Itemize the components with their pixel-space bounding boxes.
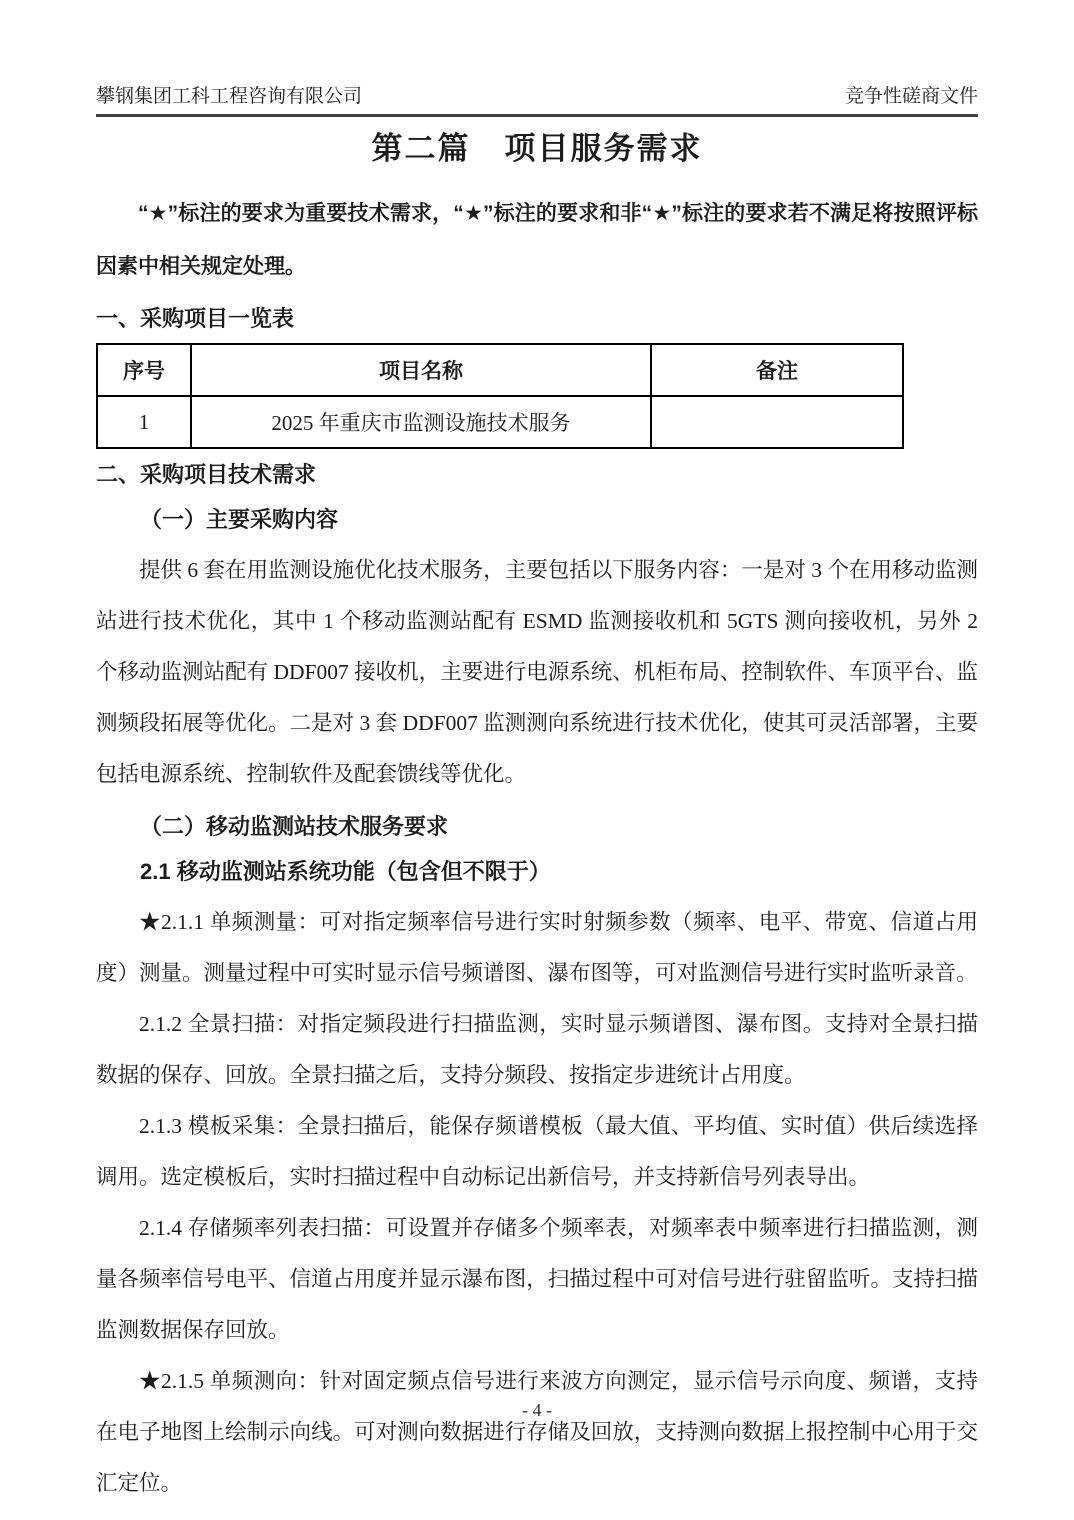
table-header-row: 序号 项目名称 备注 xyxy=(97,344,903,396)
system-function-heading: 2.1 移动监测站系统功能（包含但不限于） xyxy=(96,854,978,890)
section1-heading: 一、采购项目一览表 xyxy=(96,301,978,337)
cell-serial: 1 xyxy=(97,396,191,448)
chapter-title: 第二篇项目服务需求 xyxy=(96,127,978,171)
table-header-project-name: 项目名称 xyxy=(191,344,651,396)
requirement-item-2-1-4: 2.1.4 存储频率列表扫描：可设置并存储多个频率表，对频率表中频率进行扫描监测… xyxy=(96,1203,978,1356)
section2-heading: 二、采购项目技术需求 xyxy=(96,457,978,493)
table-header-serial: 序号 xyxy=(97,344,191,396)
document-page: 攀钢集团工科工程咨询有限公司 竞争性磋商文件 第二篇项目服务需求 “★”标注的要… xyxy=(0,0,1074,1520)
page-number: - 4 - xyxy=(0,1400,1074,1421)
cell-project-name: 2025 年重庆市监测设施技术服务 xyxy=(191,396,651,448)
requirement-item-2-1-5: ★2.1.5 单频测向：针对固定频点信号进行来波方向测定，显示信号示向度、频谱，… xyxy=(96,1356,978,1509)
star-requirements-note: “★”标注的要求为重要技术需求，“★”标注的要求和非“★”标注的要求若不满足将按… xyxy=(96,187,978,293)
requirement-item-2-1-2: 2.1.2 全景扫描：对指定频段进行扫描监测，实时显示频谱图、瀑布图。支持对全景… xyxy=(96,999,978,1101)
cell-remark xyxy=(651,396,903,448)
subsection2-heading: （二）移动监测站技术服务要求 xyxy=(96,809,978,845)
chapter-title-text: 项目服务需求 xyxy=(505,131,703,166)
requirement-item-2-1-3: 2.1.3 模板采集：全景扫描后，能保存频谱模板（最大值、平均值、实时值）供后续… xyxy=(96,1101,978,1203)
requirement-item-2-1-1: ★2.1.1 单频测量：可对指定频率信号进行实时射频参数（频率、电平、带宽、信道… xyxy=(96,897,978,999)
table-row: 1 2025 年重庆市监测设施技术服务 xyxy=(97,396,903,448)
procurement-overview-table: 序号 项目名称 备注 1 2025 年重庆市监测设施技术服务 xyxy=(96,343,904,449)
table-header-remark: 备注 xyxy=(651,344,903,396)
header-company-name: 攀钢集团工科工程咨询有限公司 xyxy=(96,84,362,110)
chapter-title-number: 第二篇 xyxy=(372,131,471,166)
main-procurement-paragraph: 提供 6 套在用监测设施优化技术服务，主要包括以下服务内容：一是对 3 个在用移… xyxy=(96,545,978,800)
header-doc-type: 竞争性磋商文件 xyxy=(845,84,978,110)
subsection1-heading: （一）主要采购内容 xyxy=(96,502,978,538)
page-header: 攀钢集团工科工程咨询有限公司 竞争性磋商文件 xyxy=(96,84,978,117)
